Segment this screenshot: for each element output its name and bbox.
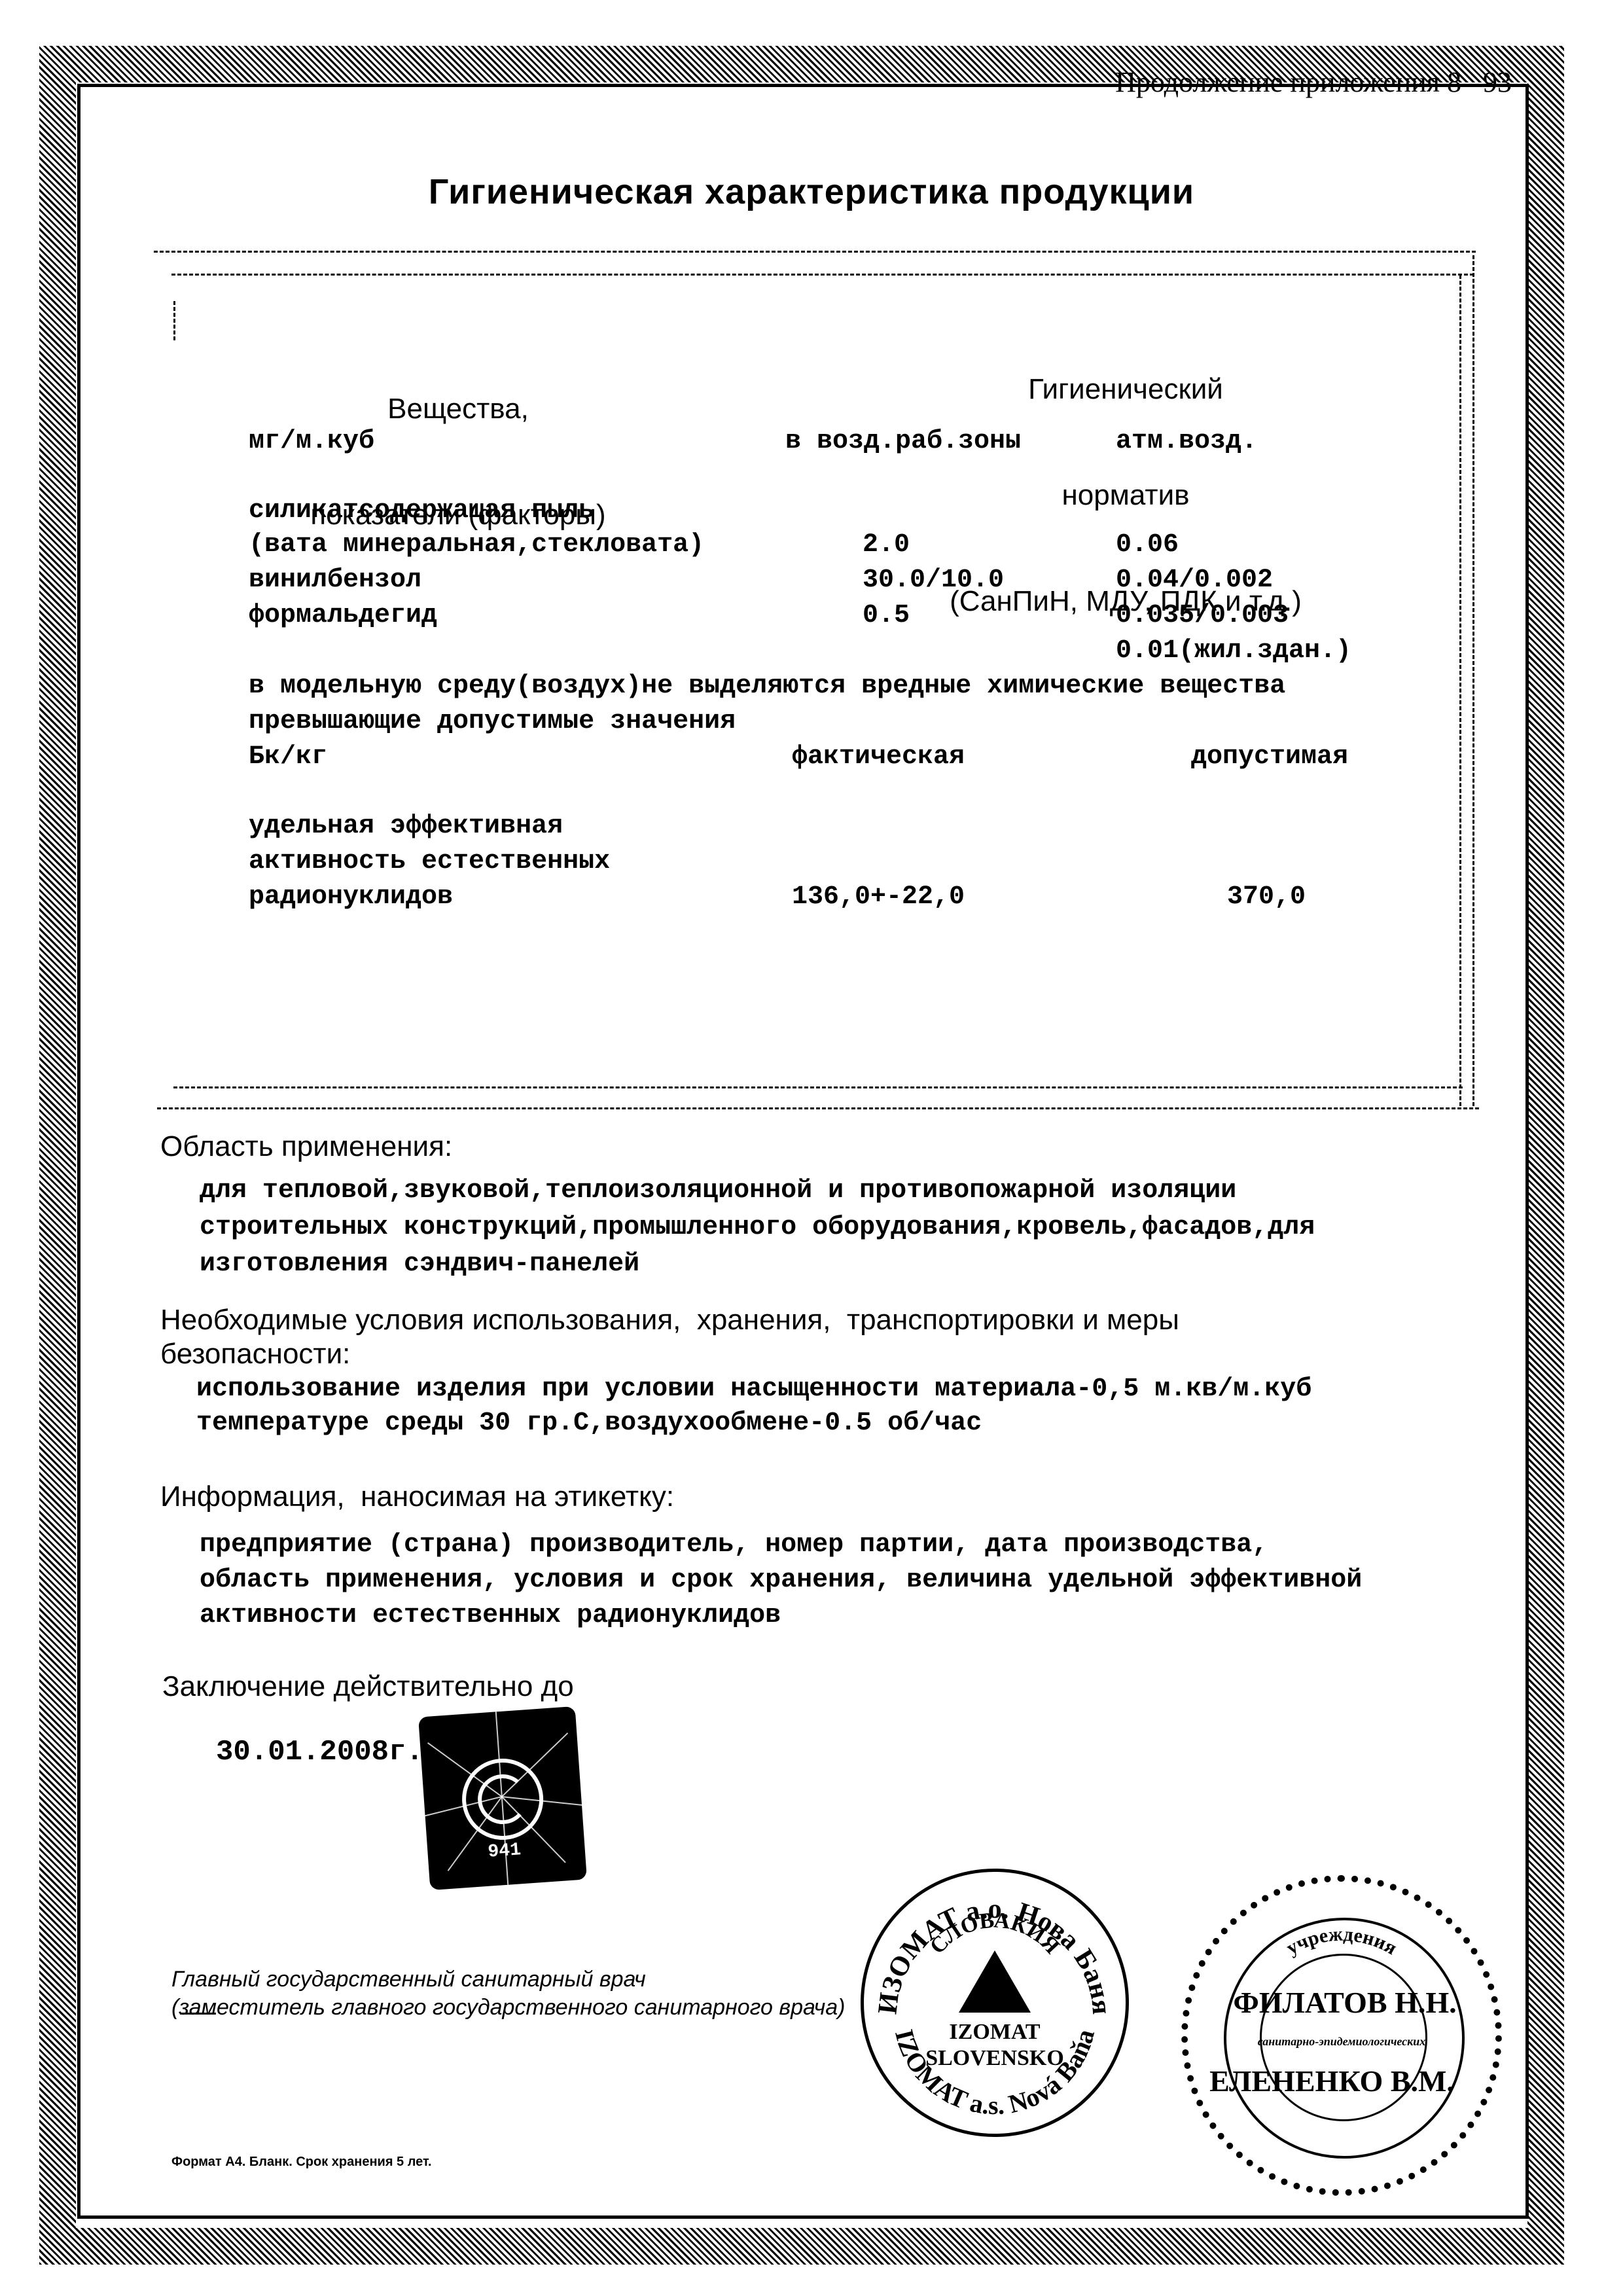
chem-row-atm: 0.035/0.003 — [1116, 601, 1289, 630]
radio-allowed-value: 370,0 — [1227, 882, 1306, 912]
seal-gov-name2: ЕЛЕНЕНКО В.М. — [1209, 2064, 1454, 2098]
label-info-line: область применения, условия и срок хране… — [200, 1566, 1362, 1595]
seal-izomat-logo2: SLOVENSKO — [925, 2046, 1064, 2070]
government-seal: учреждения ФИЛАТОВ Н.Н. санитарно-эпидем… — [1181, 1875, 1502, 2196]
radio-actual-value: 136,0+-22,0 — [792, 882, 965, 912]
conditions-heading-line1: Необходимые условия использования, хране… — [160, 1304, 1179, 1336]
seal-gov-center: санитарно-эпидемиологических — [1258, 2035, 1426, 2048]
validity-date: 30.01.2008г. — [216, 1736, 423, 1768]
conditions-heading-line2: безопасности: — [160, 1338, 350, 1371]
chem-row-work: 0.5 — [863, 601, 910, 630]
company-seal-izomat: ИЗОМАТ а.о. Нова Баня СЛОВАКИЯ IZOMAT a.… — [861, 1869, 1129, 2137]
validity-heading: Заключение действительно до — [162, 1670, 574, 1703]
chem-note-line2: превышающие допустимые значения — [249, 707, 736, 736]
col-atm-air: атм.возд. — [1116, 427, 1257, 456]
svg-text:учреждения: учреждения — [1283, 1924, 1400, 1960]
col-work-zone: в возд.раб.зоны — [785, 427, 1021, 456]
application-heading: Область применения: — [160, 1130, 452, 1163]
signature-title-line1: Главный государственный санитарный врач — [171, 1967, 646, 1992]
continuation-note: Продолжение приложения 8 93 — [1115, 65, 1512, 99]
hologram-sticker: 941 — [418, 1706, 587, 1890]
seal-izomat-logo1: IZOMAT — [949, 2020, 1040, 2044]
conditions-line: использование изделия при условии насыще… — [196, 1374, 1311, 1404]
chem-unit: мг/м.куб — [249, 427, 374, 456]
radio-name-line1: удельная эффективная — [249, 812, 563, 841]
radio-name-line3: радионуклидов — [249, 882, 453, 912]
radio-unit: Бк/кг — [249, 742, 327, 772]
seal-gov-name1: ФИЛАТОВ Н.Н. — [1233, 1986, 1456, 2019]
conditions-line: температуре среды 30 гр.С,воздухообмене-… — [196, 1408, 982, 1438]
table-bottom-border — [173, 1086, 1463, 1088]
table-top-border — [154, 251, 1476, 253]
form-note: Формат А4. Бланк. Срок хранения 5 лет. — [171, 2155, 432, 2170]
col-allowed: допустимая — [1191, 742, 1348, 772]
label-info-heading: Информация, наносимая на этикетку: — [160, 1480, 674, 1513]
seal-gov-ring-text: учреждения — [1283, 1924, 1400, 1960]
hologram-number: 941 — [488, 1840, 522, 1862]
chem-row-work: 2.0 — [863, 530, 910, 560]
application-line: строительных конструкций,промышленного о… — [200, 1213, 1315, 1242]
table-right-border-outer — [1472, 255, 1474, 1106]
chem-row-atm: 0.06 — [1116, 530, 1179, 560]
col-actual: фактическая — [792, 742, 965, 772]
signature-title-line2: (заместитель главного государственного с… — [171, 1995, 846, 2020]
page-title: Гигиеническая характеристика продукции — [0, 171, 1623, 212]
table-top-border-inner — [171, 274, 1474, 276]
signature-underline — [180, 2013, 216, 2015]
label-info-line: предприятие (страна) производитель, номе… — [200, 1530, 1268, 1560]
table-right-border — [1459, 275, 1461, 1106]
table-bottom-border-outer — [157, 1107, 1479, 1109]
chem-row-name: формальдегид — [249, 601, 437, 630]
chem-row-name: (вата минеральная,стекловата) — [249, 530, 704, 560]
application-line: изготовления сэндвич-панелей — [200, 1249, 639, 1279]
col-header-norm-line1: Гигиенический — [890, 372, 1361, 407]
chem-row-name: силикатсодержащая пыль — [249, 496, 594, 526]
chem-row-work: 30.0/10.0 — [863, 565, 1004, 595]
izomat-logo-icon — [959, 1950, 1031, 2013]
col-header-substances-line1: Вещества, — [249, 391, 668, 427]
chem-row-atm: 0.04/0.002 — [1116, 565, 1273, 595]
radio-name-line2: активность естественных — [249, 847, 610, 876]
col-header-norm-line2: норматив — [890, 478, 1361, 513]
chem-row-name: винилбензол — [249, 565, 421, 595]
label-info-line: активности естественных радионуклидов — [200, 1601, 781, 1630]
chem-note-line1: в модельную среду(воздух)не выделяются в… — [249, 672, 1285, 701]
chem-row-atm: 0.01(жил.здан.) — [1116, 636, 1351, 666]
table-left-mark — [173, 301, 175, 340]
application-line: для тепловой,звуковой,теплоизоляционной … — [200, 1176, 1236, 1206]
